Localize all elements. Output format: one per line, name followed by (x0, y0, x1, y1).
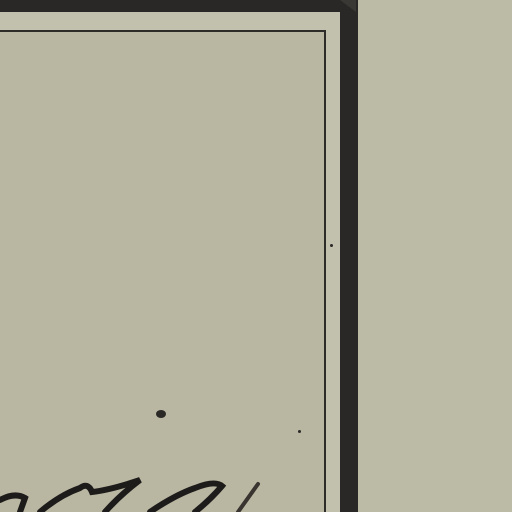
paper-margin (356, 0, 512, 512)
ink-dot (330, 244, 333, 247)
handwriting-fragment (0, 470, 300, 512)
paper-photo (0, 0, 512, 512)
inner-frame-panel (0, 30, 326, 512)
ink-dot (298, 430, 301, 433)
frame-corner-bevel (340, 0, 356, 12)
outer-frame-top-border (0, 0, 356, 12)
outer-frame-right-border (340, 0, 358, 512)
ink-blot (156, 410, 166, 418)
